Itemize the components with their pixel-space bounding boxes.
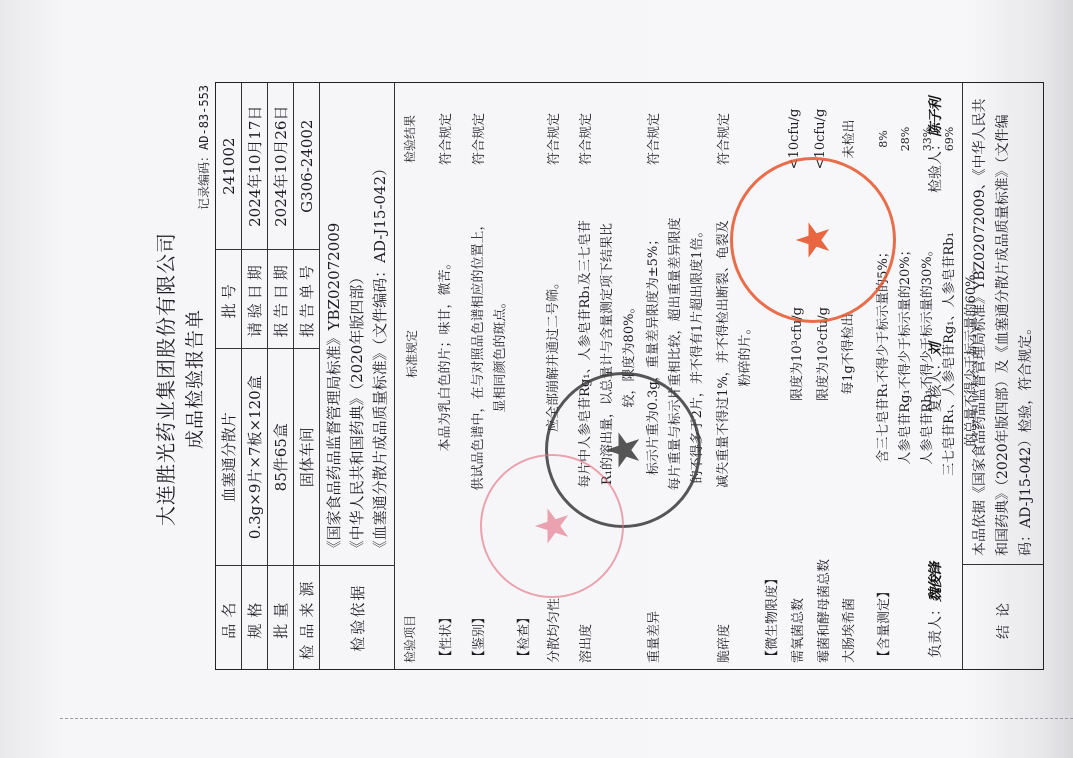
reviewer-signature: 复核人：刘 bbox=[925, 344, 945, 413]
test-item-standard bbox=[761, 189, 780, 519]
standard-line: 较，限度为80%。 bbox=[619, 189, 641, 519]
test-item-standard: 每1g不得检出 bbox=[838, 189, 860, 519]
standard-line: 粉碎的片。 bbox=[735, 189, 757, 519]
test-item-standard: 每片中人参皂苷Rg₁、人参皂苷Rb₁及三七皂苷R₁的溶出量，以总量计与含量测定项… bbox=[575, 189, 641, 519]
standard-line: 供试品色谱中，在与对照品色谱相应的位置上， bbox=[468, 189, 490, 519]
standard-line: 人参皂苷Rg₁不得少于标示量的20%； bbox=[895, 189, 917, 519]
standard-line: 标示片重为0.3g，重量差异限度为±5%； bbox=[643, 189, 665, 519]
test-item-name: 霉菌和酵母菌总数 bbox=[813, 519, 835, 669]
standard-line: 本品为乳白色的片；味甘，微苦。 bbox=[435, 189, 457, 519]
info-label: 规格 bbox=[242, 565, 267, 669]
info-label: 批号 bbox=[216, 249, 241, 348]
info-row: 批量 85件65盒 报告日期 2024年10月26日 bbox=[268, 83, 294, 669]
test-item-result: <10cfu/g bbox=[813, 89, 835, 189]
test-item-name: 分散均匀性 bbox=[543, 519, 565, 669]
test-item-standard bbox=[513, 189, 532, 519]
standard-line: 每片重量与标示片重相比较，超出重量差异限度 bbox=[665, 189, 687, 519]
items-header: 检验项目标准规定检验结果 bbox=[401, 83, 423, 669]
test-item-result: 符合规定 bbox=[575, 89, 641, 189]
header-standard: 标准规定 bbox=[401, 189, 423, 519]
test-item-result: 符合规定 bbox=[435, 89, 457, 189]
info-row: 品名 血塞通分散片 批号 241002 bbox=[216, 83, 242, 669]
report-table: 品名 血塞通分散片 批号 241002 规格 0.3g×9片×7板×120盒 请… bbox=[215, 82, 1044, 670]
test-item-result: 符合规定 bbox=[643, 89, 709, 189]
test-item-result bbox=[513, 89, 532, 189]
info-value: G306-24002 bbox=[294, 83, 319, 249]
test-item-row: 分散均匀性应全部崩解并通过二号筛。符合规定 bbox=[543, 83, 565, 669]
info-label: 检品来源 bbox=[294, 565, 319, 669]
test-item-standard: 供试品色谱中，在与对照品色谱相应的位置上，显相同颜色的斑点。 bbox=[468, 189, 512, 519]
test-item-name: 【鉴别】 bbox=[468, 519, 512, 669]
result-line: 8% bbox=[873, 89, 895, 189]
info-value: 血塞通分散片 bbox=[216, 348, 241, 565]
header-result: 检验结果 bbox=[401, 89, 423, 189]
info-value: 241002 bbox=[216, 83, 241, 249]
standard-line: 减失重量不得过1%，并不得检出断裂、龟裂及 bbox=[713, 189, 735, 519]
info-label: 批量 bbox=[268, 565, 293, 669]
test-item-name: 重量差异 bbox=[643, 519, 709, 669]
test-item-row: 【检查】 bbox=[513, 83, 532, 669]
responsible-label: 负责人： bbox=[928, 602, 944, 658]
inspector-label: 检验人： bbox=[928, 137, 944, 193]
test-item-result: 符合规定 bbox=[543, 89, 565, 189]
test-item-row: 脆碎度减失重量不得过1%，并不得检出断裂、龟裂及粉碎的片。符合规定 bbox=[713, 83, 757, 669]
test-item-row: 溶出度每片中人参皂苷Rg₁、人参皂苷Rb₁及三七皂苷R₁的溶出量，以总量计与含量… bbox=[575, 83, 641, 669]
test-item-row: 【鉴别】供试品色谱中，在与对照品色谱相应的位置上，显相同颜色的斑点。符合规定 bbox=[468, 83, 512, 669]
standard-line: 限度为10²cfu/g bbox=[813, 189, 835, 519]
test-item-name: 大肠埃希菌 bbox=[838, 519, 860, 669]
test-item-result bbox=[761, 89, 780, 189]
test-item-name: 脆碎度 bbox=[713, 519, 757, 669]
test-item-name: 【微生物限度】 bbox=[761, 519, 780, 669]
responsible-signature: 负责人：魏俊锋 bbox=[925, 563, 945, 658]
inspector-signature: 检验人：陈子利 bbox=[925, 98, 945, 193]
info-label: 请验日期 bbox=[242, 249, 267, 348]
standard-line: 每1g不得检出 bbox=[838, 189, 860, 519]
reviewer-label: 复核人： bbox=[928, 357, 944, 413]
test-item-result: 符合规定 bbox=[713, 89, 757, 189]
info-label: 报告单号 bbox=[294, 249, 319, 348]
test-item-name: 【检查】 bbox=[513, 519, 532, 669]
company-name: 大连胜光药业集团股份有限公司 bbox=[150, 0, 179, 758]
record-code: 记录编码：AD-83-553 bbox=[195, 85, 212, 210]
info-label: 报告日期 bbox=[268, 249, 293, 348]
record-code-value: AD-83-553 bbox=[197, 85, 211, 150]
info-value: 2024年10月17日 bbox=[242, 83, 267, 249]
standard-line: 含三七皂苷R₁不得少于标示量的5%； bbox=[873, 189, 895, 519]
test-item-standard: 应全部崩解并通过二号筛。 bbox=[543, 189, 565, 519]
info-row: 检品来源 固体车间 报告单号 G306-24002 bbox=[294, 83, 320, 669]
info-label: 品名 bbox=[216, 565, 241, 669]
standard-line: 的不得多于2片，并不得有1片超出限度1倍。 bbox=[687, 189, 709, 519]
info-row: 规格 0.3g×9片×7板×120盒 请验日期 2024年10月17日 bbox=[242, 83, 268, 669]
test-item-row: 霉菌和酵母菌总数限度为10²cfu/g<10cfu/g bbox=[813, 83, 835, 669]
test-item-row: 重量差异标示片重为0.3g，重量差异限度为±5%；每片重量与标示片重相比较，超出… bbox=[643, 83, 709, 669]
responsible-sig: 魏俊锋 bbox=[928, 563, 944, 602]
info-value: 85件65盒 bbox=[268, 348, 293, 565]
record-code-label: 记录编码： bbox=[197, 150, 211, 210]
result-line: 28% bbox=[895, 89, 917, 189]
test-item-name: 需氧菌总数 bbox=[787, 519, 809, 669]
test-item-result: <10cfu/g bbox=[787, 89, 809, 189]
info-value: 固体车间 bbox=[294, 348, 319, 565]
reviewer-sig: 刘 bbox=[928, 344, 944, 357]
test-item-standard: 限度为10²cfu/g bbox=[813, 189, 835, 519]
standard-line: 限度为10³cfu/g bbox=[787, 189, 809, 519]
standard-line: R₁的溶出量，以总量计与含量测定项下结果比 bbox=[597, 189, 619, 519]
test-item-standard: 减失重量不得过1%，并不得检出断裂、龟裂及粉碎的片。 bbox=[713, 189, 757, 519]
inspector-sig: 陈子利 bbox=[928, 98, 944, 137]
basis-line: 《国家食品药品监督管理局标准》YBZ02072009 bbox=[323, 223, 346, 556]
test-item-standard: 限度为10³cfu/g bbox=[787, 189, 809, 519]
basis-row: 检验依据 《国家食品药品监督管理局标准》YBZ02072009 《中华人民共和国… bbox=[320, 83, 395, 669]
basis-list: 《国家食品药品监督管理局标准》YBZ02072009 《中华人民共和国药典》（2… bbox=[320, 83, 394, 565]
test-items: 检验项目标准规定检验结果【性状】本品为乳白色的片；味甘，微苦。符合规定【鉴别】供… bbox=[395, 83, 962, 669]
basis-line: 《血塞通分散片成品质量标准》（文件编码：AD-J15-042） bbox=[369, 161, 392, 556]
header-item: 检验项目 bbox=[401, 519, 423, 669]
standard-line: 显相同颜色的斑点。 bbox=[490, 189, 512, 519]
test-item-result: 符合规定 bbox=[468, 89, 512, 189]
test-item-name: 【性状】 bbox=[435, 519, 457, 669]
test-item-standard: 本品为乳白色的片；味甘，微苦。 bbox=[435, 189, 457, 519]
standard-line: 每片中人参皂苷Rg₁、人参皂苷Rb₁及三七皂苷 bbox=[575, 189, 597, 519]
test-item-result: 未检出 bbox=[838, 89, 860, 189]
test-item-row: 【微生物限度】 bbox=[761, 83, 780, 669]
standard-line: 的总量不得少于标示量的60%。 bbox=[961, 189, 983, 519]
signature-row: 负责人：魏俊锋 复核人：刘 检验人：陈子利 bbox=[925, 98, 945, 658]
test-item-name: 溶出度 bbox=[575, 519, 641, 669]
test-item-row: 需氧菌总数限度为10³cfu/g<10cfu/g bbox=[787, 83, 809, 669]
info-value: 2024年10月26日 bbox=[268, 83, 293, 249]
test-item-row: 【性状】本品为乳白色的片；味甘，微苦。符合规定 bbox=[435, 83, 457, 669]
basis-label: 检验依据 bbox=[320, 565, 394, 669]
info-value: 0.3g×9片×7板×120盒 bbox=[242, 348, 267, 565]
basis-line: 《中华人民共和国药典》（2020年版四部） bbox=[346, 270, 369, 556]
standard-line: 应全部崩解并通过二号筛。 bbox=[543, 189, 565, 519]
test-item-row: 大肠埃希菌每1g不得检出未检出 bbox=[838, 83, 860, 669]
test-item-standard: 标示片重为0.3g，重量差异限度为±5%；每片重量与标示片重相比较，超出重量差异… bbox=[643, 189, 709, 519]
report-sheet: 大连胜光药业集团股份有限公司 成品检验报告单 记录编码：AD-83-553 品名… bbox=[0, 0, 1073, 758]
